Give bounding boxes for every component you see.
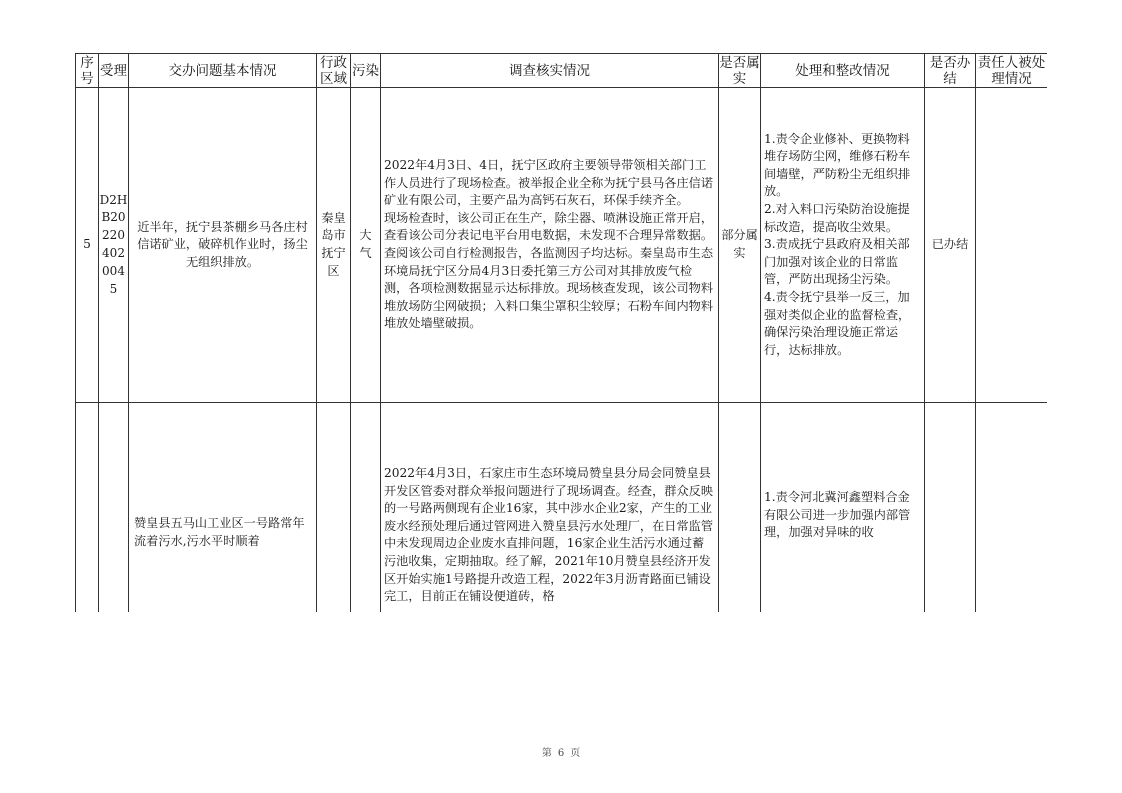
page-number: 6	[558, 748, 564, 759]
cell-handling: 1.责令企业修补、更换物料堆存场防尘网，维修石粉车间墙壁，严防粉尘无组织排放。 …	[761, 88, 925, 403]
cell-seq	[76, 403, 99, 613]
cell-handling: 1.责令河北冀河鑫塑料合金有限公司进一步加强内部管理，加强对异味的收	[761, 403, 925, 613]
complaint-handling-table: 序号 受理 交办问题基本情况 行政区域 污染 调查核实情况 是否属实 处理和整改…	[75, 53, 1047, 612]
table-header-row: 序号 受理 交办问题基本情况 行政区域 污染 调查核实情况 是否属实 处理和整改…	[76, 54, 1048, 88]
cell-investigation: 2022年4月3日，石家庄市生态环境局赞皇县分局会同赞皇县开发区管委对群众举报问…	[381, 403, 719, 613]
cell-accept-id: D2HB20220402004 5	[99, 88, 129, 403]
cell-verified	[719, 403, 761, 613]
cell-closed	[925, 403, 976, 613]
header-handling: 处理和整改情况	[761, 54, 925, 88]
cell-investigation-text: 2022年4月3日，石家庄市生态环境局赞皇县分局会同赞皇县开发区管委对群众举报问…	[384, 403, 715, 606]
cell-pollution: 大气	[351, 88, 381, 403]
header-region: 行政区域	[317, 54, 351, 88]
header-verified: 是否属实	[719, 54, 761, 88]
cell-accountability	[976, 88, 1048, 403]
header-seq: 序号	[76, 54, 99, 88]
cell-closed: 已办结	[925, 88, 976, 403]
page-footer: 第6页	[0, 744, 1122, 759]
header-pollution: 污染	[351, 54, 381, 88]
table-row: 赞皇县五马山工业区一号路常年流着污水,污水平时顺着 2022年4月3日，石家庄市…	[76, 403, 1048, 613]
table-row: 5 D2HB20220402004 5 近半年，抚宁县茶棚乡马各庄村信诺矿业，破…	[76, 88, 1048, 403]
complaint-table-container: 序号 受理 交办问题基本情况 行政区域 污染 调查核实情况 是否属实 处理和整改…	[75, 53, 1047, 612]
header-investigation: 调查核实情况	[381, 54, 719, 88]
cell-accept-id	[99, 403, 129, 613]
cell-issue-text: 赞皇县五马山工业区一号路常年流着污水,污水平时顺着	[132, 403, 313, 550]
cell-pollution	[351, 403, 381, 613]
cell-verified: 部分属实	[719, 88, 761, 403]
header-accountability: 责任人被处理情况	[976, 54, 1048, 88]
cell-accountability	[976, 403, 1048, 613]
cell-issue: 近半年，抚宁县茶棚乡马各庄村信诺矿业，破碎机作业时，扬尘无组织排放。	[129, 88, 317, 403]
document-page: 序号 受理 交办问题基本情况 行政区域 污染 调查核实情况 是否属实 处理和整改…	[0, 0, 1122, 793]
page-number-suffix: 页	[570, 748, 580, 759]
header-closed: 是否办结	[925, 54, 976, 88]
header-accept: 受理	[99, 54, 129, 88]
cell-issue: 赞皇县五马山工业区一号路常年流着污水,污水平时顺着	[129, 403, 317, 613]
cell-investigation: 2022年4月3日、4日，抚宁区政府主要领导带领相关部门工作人员进行了现场检查。…	[381, 88, 719, 403]
cell-seq: 5	[76, 88, 99, 403]
page-number-prefix: 第	[542, 748, 552, 759]
header-issue: 交办问题基本情况	[129, 54, 317, 88]
cell-region: 秦皇岛市抚宁区	[317, 88, 351, 403]
cell-region	[317, 403, 351, 613]
cell-handling-text: 1.责令河北冀河鑫塑料合金有限公司进一步加强内部管理，加强对异味的收	[764, 403, 921, 542]
